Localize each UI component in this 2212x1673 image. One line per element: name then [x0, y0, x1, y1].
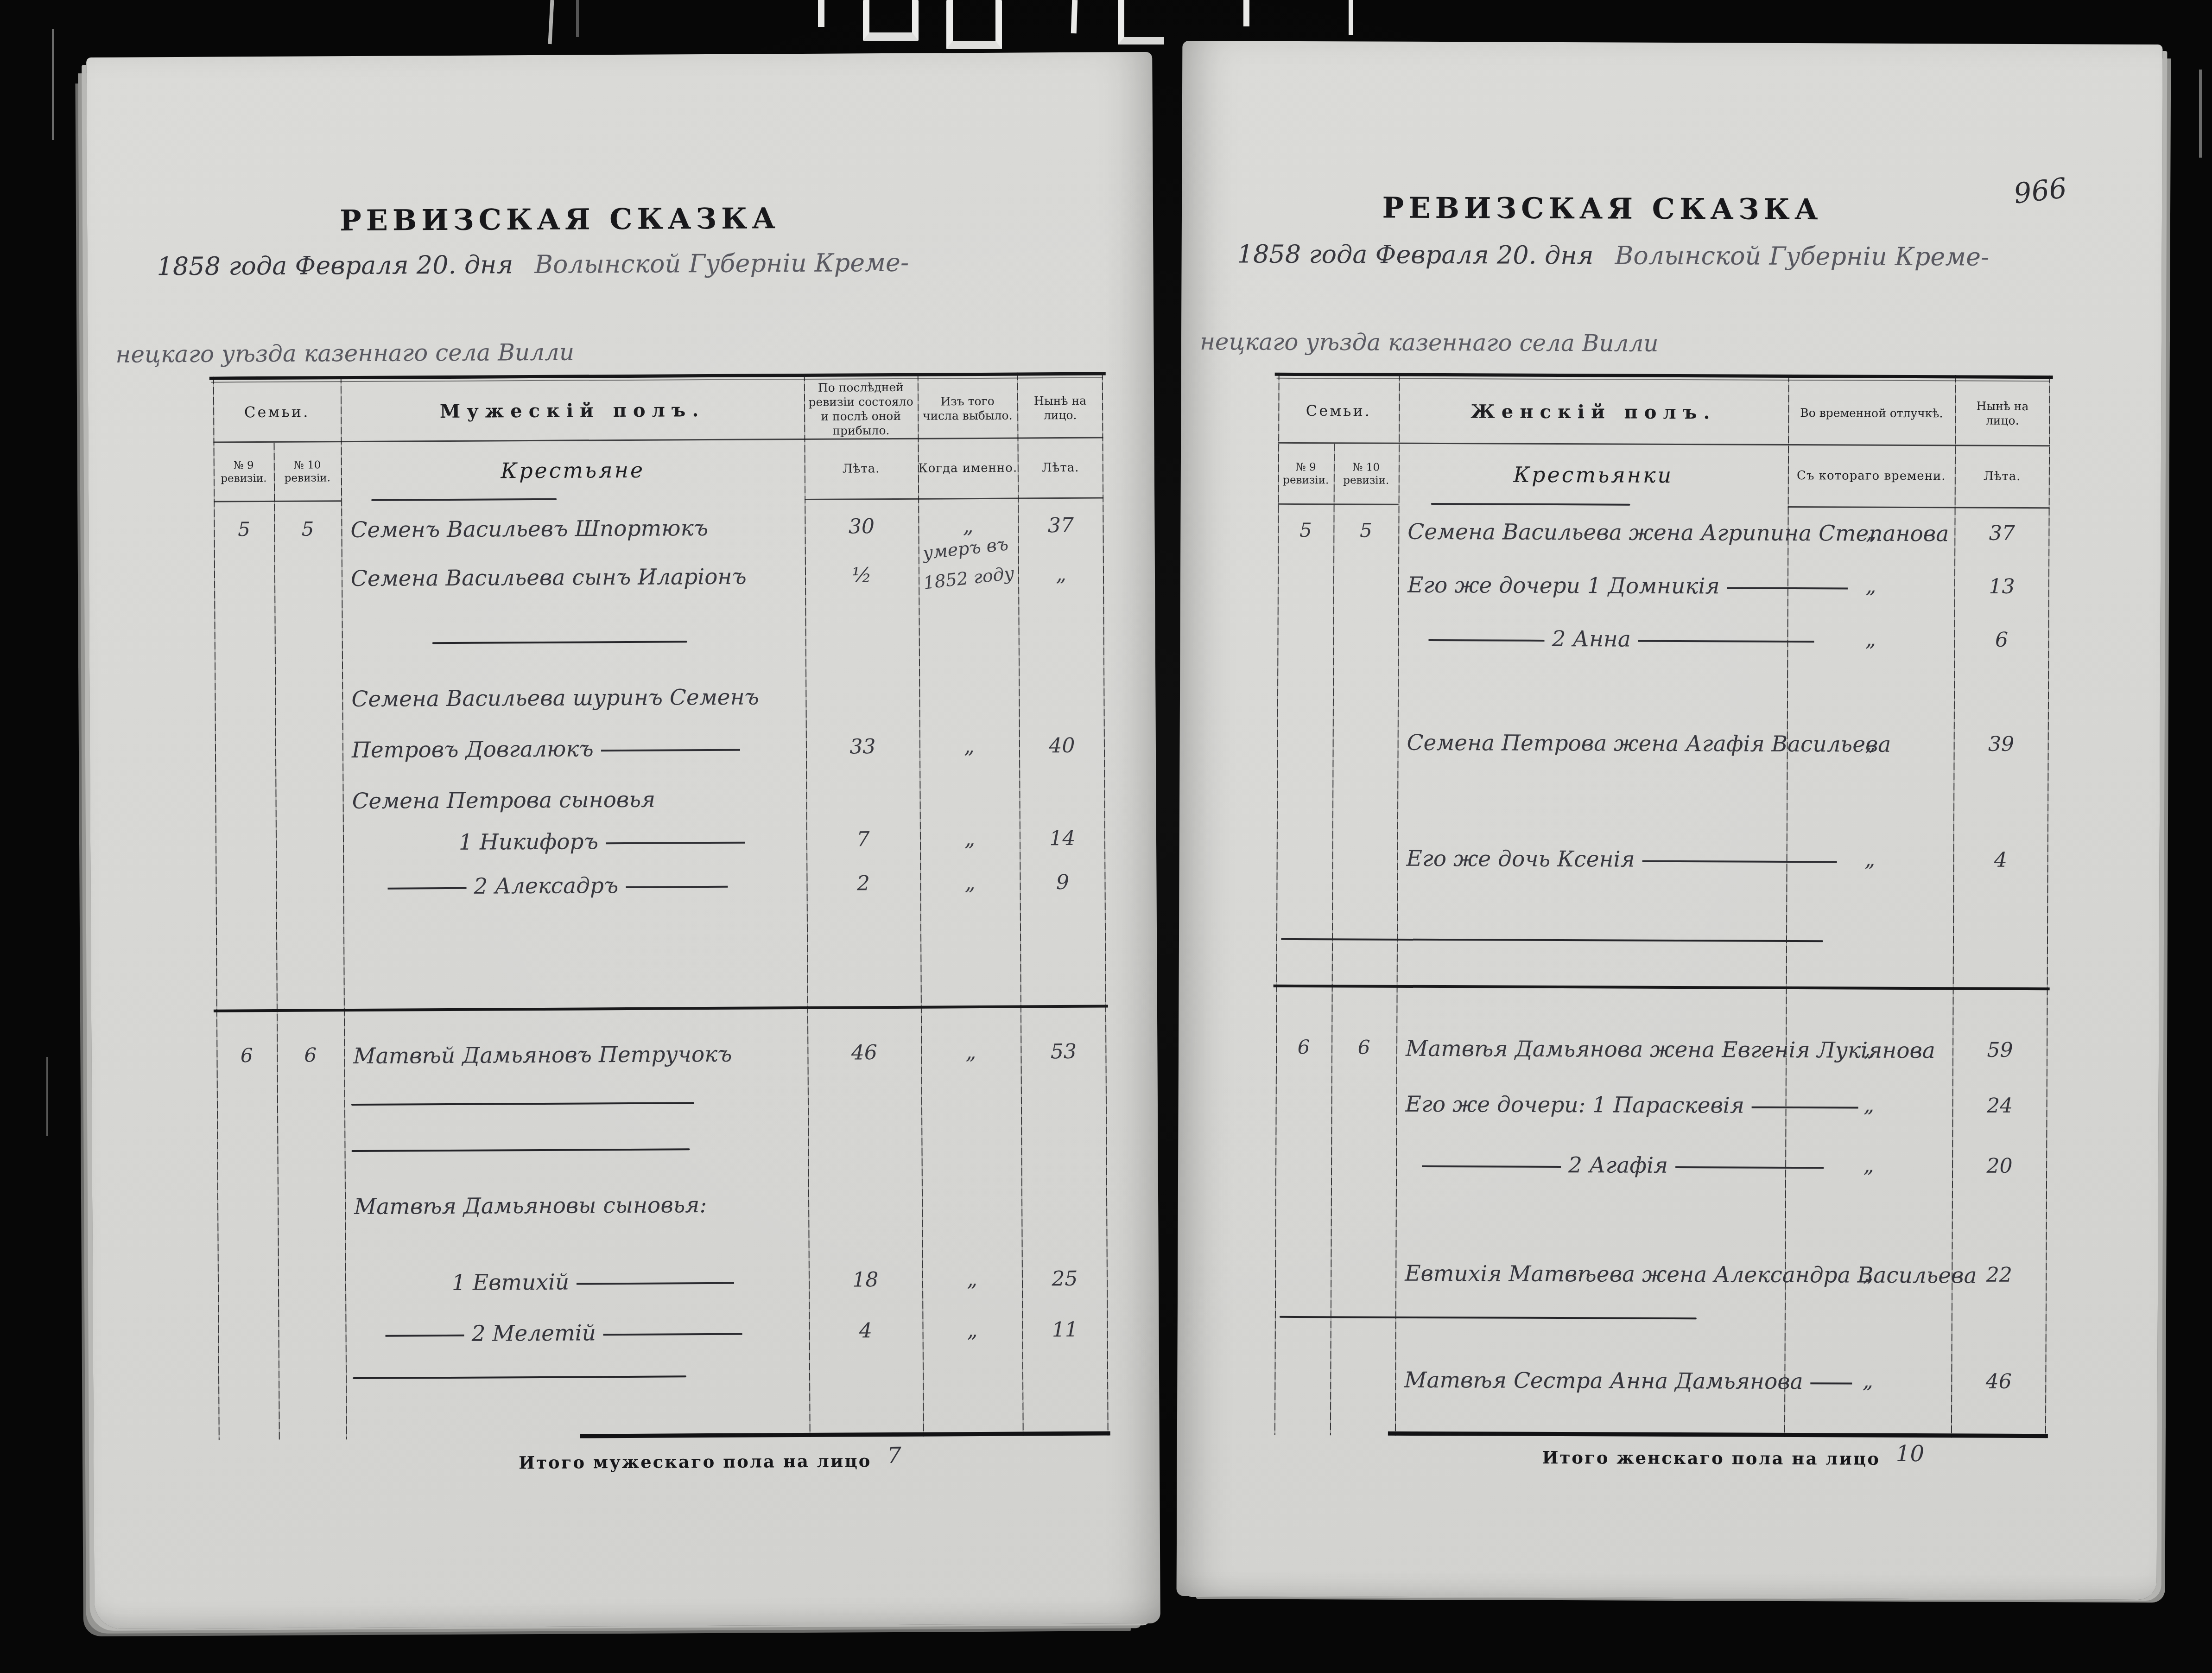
cell-n10: 5 [1333, 519, 1398, 542]
film-edge-mark [2199, 70, 2202, 158]
cell-n9: 6 [216, 1044, 277, 1067]
name-trail-rule [603, 1333, 742, 1336]
place-line2: нецкаго уѣзда казеннаго села Вилли [1200, 328, 1659, 357]
cell-name: Матвѣй Дамьяновъ Петручокъ [353, 1041, 805, 1069]
table-bottom-rule [1388, 1431, 2048, 1438]
name-lead-rule [1422, 1165, 1561, 1168]
cell-since: „ [1787, 521, 1954, 545]
cell-since: „ [1785, 1153, 1952, 1177]
cell-age: 39 [1954, 732, 2049, 756]
table-row: Семена Васильева сынъ Иларіонъ ½ „ [214, 562, 1104, 604]
cell-n9: 5 [1278, 519, 1333, 541]
cell-since: „ [1787, 847, 1953, 871]
film-edge-mark [946, 0, 1002, 49]
header-when: Когда именно. [918, 439, 1018, 497]
footer-label: Итого женскаго пола на лицо [1542, 1447, 1880, 1469]
left-page: РЕВИЗСКАЯ СКАЗКА 1858 года Февраля 20. д… [86, 52, 1160, 1629]
film-edge-mark [1118, 0, 1164, 45]
footer-total: 10 [1896, 1441, 1924, 1467]
table-body: 5 5 Семенъ Васильевъ Шпортюкъ 30 „ 37 ум… [214, 500, 1109, 1440]
cell-age-now: „ [1018, 562, 1104, 586]
place-line2: нецкаго уѣзда казеннаго села Вилли [115, 339, 574, 368]
table-row: Семена Петрова жена Агафія Васильева „ 3… [1277, 730, 2048, 770]
cell-n10: 6 [1331, 1036, 1396, 1059]
cell-since: „ [1787, 732, 1954, 756]
row-underline [432, 641, 687, 644]
cell-name: 2 Агафія [1405, 1152, 1792, 1179]
row-underline [351, 1148, 690, 1152]
film-edge-mark [1071, 0, 1078, 33]
table-row: Петровъ Довгалюкъ 33 „ 40 [215, 734, 1105, 776]
header-away: Во временной отлучкѣ. [1788, 381, 1955, 445]
cell-since: „ [1786, 1037, 1952, 1062]
header-estate: Крестьянки [1399, 444, 1788, 506]
footer-total: 7 [887, 1443, 901, 1469]
table-row: Матвѣя Сестра Анна Дамьянова „ 46 [1274, 1367, 2046, 1407]
header-n10: № 10 ревизіи. [273, 442, 341, 501]
cell-since: „ [1787, 627, 1954, 651]
cell-age-now: 14 [1020, 827, 1105, 851]
cell-age-prev: ½ [805, 563, 919, 587]
table-row: 6 6 Матвѣя Дамьянова жена Евгенія Лукіян… [1276, 1036, 2047, 1075]
name-lead-rule [388, 887, 467, 890]
cell-when: „ [922, 1318, 1022, 1342]
footer-label: Итого мужескаго пола на лицо [519, 1450, 871, 1473]
cell-name: Семена Петрова сыновья [352, 786, 804, 814]
cell-age: 6 [1954, 628, 2049, 652]
table-row: 5 5 Семена Васильева жена Агрипина Степа… [1278, 519, 2049, 559]
header-male-sex: Мужескій полъ. [341, 380, 805, 441]
row-underline [353, 1375, 686, 1379]
header-departed: Изъ того числа выбыло. [918, 379, 1018, 438]
cell-name: Семенъ Васильевъ Шпортюкъ [350, 515, 802, 543]
date-text: 1858 года Февраля 20. дня [157, 250, 513, 281]
estate-underline [371, 498, 557, 501]
table-row: 6 6 Матвѣй Дамьяновъ Петручокъ 46 „ 53 [216, 1040, 1106, 1081]
header-age: Лѣта. [1955, 446, 2050, 507]
film-edge-mark [818, 0, 824, 27]
cell-name: 2 Анна [1407, 626, 1799, 653]
film-edge-mark [863, 0, 919, 41]
cell-age-prev: 33 [806, 735, 919, 759]
cell-n9: 5 [214, 518, 274, 541]
cell-name: Его же дочери: 1 Параскевія [1406, 1092, 1783, 1119]
place-text: Волынской Губерніи Креме- [1615, 241, 1989, 272]
header-present: Нынѣ на лицо. [1955, 382, 2050, 445]
cell-age: 37 [1954, 521, 2049, 545]
cell-name: 2 Алексадръ [352, 872, 832, 900]
cell-name: Семена Петрова жена Агафія Васильева [1407, 730, 1785, 757]
cell-age-now: 40 [1019, 734, 1105, 758]
header-prev-revision: По послѣдней ревизіи состояло и послѣ он… [804, 380, 918, 439]
cell-name: Евтихія Матвѣева жена Александра Василье… [1405, 1261, 1782, 1288]
table-row: Семена Васильева шуринъ Семенъ [215, 683, 1104, 725]
cell-when: „ [920, 827, 1020, 851]
table-row: Его же дочь Ксенія „ 4 [1276, 846, 2048, 885]
name-lead-rule [1428, 639, 1544, 642]
family-separator [1274, 985, 2050, 990]
cell-age-now: 9 [1020, 871, 1105, 895]
cell-name: Матвѣя Дамьянова жена Евгенія Лукіянова [1406, 1036, 1783, 1063]
microfilm-frame: РЕВИЗСКАЯ СКАЗКА 1858 года Февраля 20. д… [0, 0, 2212, 1673]
page-footer: Итого мужескаго пола на лицо7 [316, 1445, 1104, 1476]
row-underline [351, 1102, 694, 1106]
cell-name: Семена Васильева шуринъ Семенъ [351, 684, 803, 712]
row-underline [1280, 1316, 1697, 1319]
header-age-prev: Лѣта. [804, 439, 918, 498]
table-row: 1 Никифоръ 7 „ 14 [215, 827, 1105, 868]
cell-age-prev: 30 [805, 515, 918, 539]
cell-since: „ [1787, 574, 1954, 598]
cell-age: 22 [1952, 1263, 2047, 1287]
table-row: 2 Мелетій 4 „ 11 [218, 1318, 1108, 1360]
name-lead-rule [386, 1335, 464, 1337]
header-n9: № 9 ревизіи. [1278, 444, 1334, 504]
cell-age: 20 [1952, 1154, 2047, 1178]
cell-name: Его же дочери 1 Домникія [1407, 573, 1785, 599]
table-row: Его же дочери 1 Домникія „ 13 [1278, 572, 2049, 612]
cell-n10: 6 [277, 1043, 344, 1067]
date-line: 1858 года Февраля 20. дняВолынской Губер… [1237, 239, 1990, 271]
table-row: Матвѣя Дамьяновы сыновья: [217, 1190, 1107, 1232]
cell-name: Семена Васильева жена Агрипина Степанова [1407, 519, 1785, 546]
cell-age-now: 11 [1022, 1318, 1108, 1342]
right-page: 966 РЕВИЗСКАЯ СКАЗКА 1858 года Февраля 2… [1177, 41, 2163, 1600]
row-underline [1281, 938, 1823, 942]
cell-name: Петровъ Довгалюкъ [352, 735, 804, 763]
cell-name: Матвѣя Сестра Анна Дамьянова [1404, 1368, 1782, 1394]
estate-underline [1431, 503, 1630, 506]
cell-since: „ [1786, 1093, 1952, 1117]
cell-when: „ [921, 1040, 1020, 1064]
cell-age: 59 [1952, 1038, 2047, 1062]
cell-name: Семена Васильева сынъ Иларіонъ [351, 564, 803, 592]
header-female-sex: Женскій полъ. [1399, 380, 1788, 444]
header-age-now: Лѣта. [1017, 439, 1103, 497]
cell-age: 46 [1951, 1369, 2046, 1393]
cell-age-prev: 7 [806, 827, 920, 852]
cell-age-prev: 4 [809, 1319, 922, 1343]
cell-age-prev: 2 [806, 871, 920, 896]
film-edge-mark [1243, 0, 1249, 26]
census-table-female: Семьи. Женскій полъ. Во временной отлучк… [1274, 373, 2050, 1438]
cell-age: 13 [1954, 574, 2049, 598]
header-rule [1278, 503, 1399, 505]
table-row: Его же дочери: 1 Параскевія „ 24 [1275, 1091, 2047, 1131]
film-edge-mark [46, 1057, 48, 1136]
page-title: РЕВИЗСКАЯ СКАЗКА [1200, 190, 2004, 227]
header-since: Съ котораго времени. [1788, 445, 1955, 506]
table-row: 1 Евтихій 18 „ 25 [218, 1267, 1108, 1309]
cell-when: „ [919, 734, 1019, 758]
name-trail-rule [626, 886, 728, 888]
cell-age-prev: 46 [807, 1041, 921, 1065]
table-body: 5 5 Семена Васильева жена Агрипина Степа… [1274, 507, 2050, 1438]
film-edge-mark [1349, 0, 1353, 35]
header-rule [214, 500, 341, 502]
cell-age-now: 25 [1022, 1267, 1108, 1291]
cell-when: „ [920, 871, 1020, 895]
table-row: Семена Петрова сыновья [215, 785, 1105, 827]
header-present: Нынѣ на лицо. [1017, 379, 1103, 438]
header-n9: № 9 ревизіи. [213, 443, 274, 501]
date-line: 1858 года Февраля 20. дняВолынской Губер… [157, 248, 909, 281]
table-row: 2 Алексадръ 2 „ 9 [215, 871, 1105, 912]
cell-n9: 6 [1276, 1036, 1331, 1058]
cell-name: Матвѣя Дамьяновы сыновья: [354, 1192, 806, 1220]
cell-n10: 5 [274, 517, 341, 541]
name-trail-rule [606, 842, 745, 845]
place-text: Волынской Губерніи Креме- [534, 248, 909, 279]
header-family: Семьи. [1278, 379, 1399, 443]
film-edge-mark [52, 29, 54, 140]
page-footer: Итого женскаго пола на лицо10 [1372, 1443, 2095, 1471]
census-table-male: Семьи. Мужескій полъ. По послѣдней ревиз… [213, 372, 1109, 1440]
cell-age-now: 37 [1018, 514, 1103, 538]
film-edge-mark [576, 0, 579, 37]
family-separator [214, 1005, 1108, 1012]
table-row: 2 Анна „ 6 [1277, 625, 2049, 665]
cell-name: 2 Мелетій [355, 1319, 830, 1347]
name-trail-rule [601, 749, 740, 752]
table-row: Евтихія Матвѣева жена Александра Василье… [1275, 1260, 2047, 1300]
page-title: РЕВИЗСКАЯ СКАЗКА [115, 200, 1005, 239]
cell-name: Его же дочь Ксенія [1407, 846, 1784, 873]
cell-age-prev: 18 [809, 1268, 922, 1292]
cell-since: „ [1784, 1369, 1951, 1393]
table-bottom-rule [580, 1431, 1110, 1438]
film-edge-mark [548, 0, 554, 44]
cell-since: „ [1785, 1262, 1952, 1286]
name-trail-rule [577, 1282, 734, 1285]
cell-age: 4 [1953, 848, 2048, 872]
header-family: Семьи. [213, 382, 341, 441]
cell-when: „ [922, 1267, 1022, 1291]
cell-age-now: 53 [1020, 1040, 1106, 1064]
table-row: 2 Агафія „ 20 [1275, 1151, 2047, 1191]
header-estate: Крестьяне [341, 440, 805, 500]
date-text: 1858 года Февраля 20. дня [1237, 239, 1594, 270]
page-number: 966 [2012, 172, 2068, 210]
header-n10: № 10 ревизіи. [1334, 444, 1399, 504]
cell-age: 24 [1952, 1094, 2047, 1118]
